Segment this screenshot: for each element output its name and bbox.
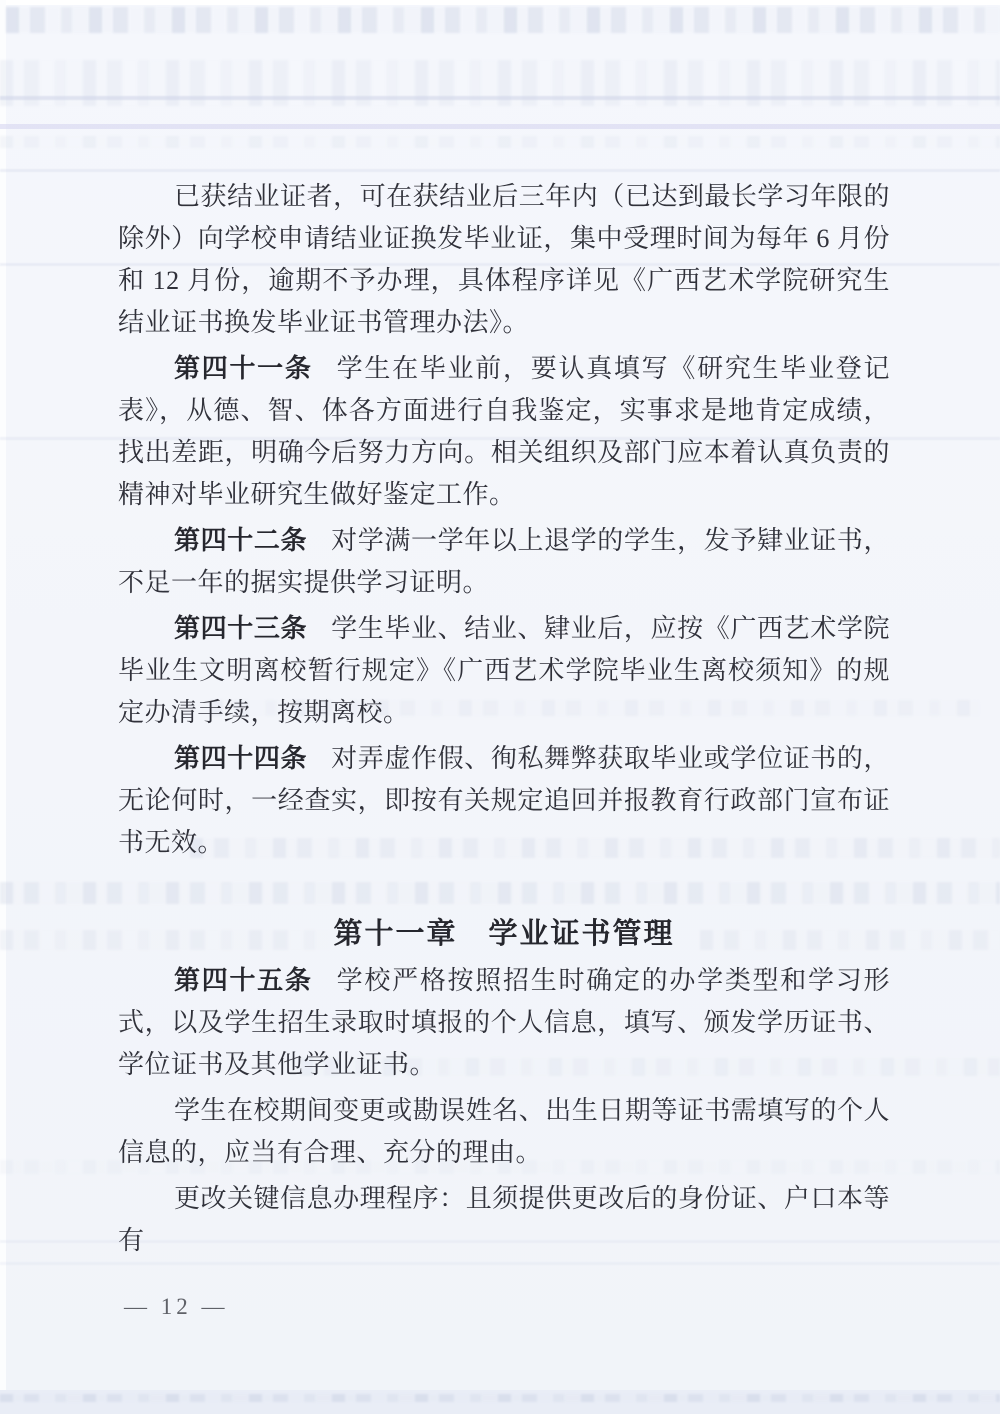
article-44-number: 第四十四条 <box>174 744 307 773</box>
document-body: 已获结业证者，可在获结业后三年内（已达到最长学习年限的除外）向学校申请结业证换发… <box>118 176 890 1266</box>
scan-artifact-streak <box>0 124 1000 129</box>
article-42-number: 第四十二条 <box>174 526 307 555</box>
para-article-44: 第四十四条对弄虚作假、徇私舞弊获取毕业或学位证书的，无论何时，一经查实，即按有关… <box>118 738 890 864</box>
para-article-45: 第四十五条学校严格按照招生时确定的办学类型和学习形式，以及学生招生录取时填报的个… <box>118 960 890 1086</box>
scan-artifact-band <box>0 136 1000 148</box>
para-article-43: 第四十三条学生毕业、结业、肄业后，应按《广西艺术学院毕业生文明离校暂行规定》《广… <box>118 608 890 734</box>
para-article-41: 第四十一条学生在毕业前，要认真填写《研究生毕业登记表》，从德、智、体各方面进行自… <box>118 348 890 516</box>
para-article-42: 第四十二条对学满一学年以上退学的学生，发予肄业证书，不足一年的据实提供学习证明。 <box>118 520 890 604</box>
scan-edge-top <box>0 0 1000 5</box>
para-text: 学生在校期间变更或勘误姓名、出生日期等证书需填写的个人信息的，应当有合理、充分的… <box>118 1096 890 1167</box>
para-text: 更改关键信息办理程序：且须提供更改后的身份证、户口本等有 <box>118 1184 890 1255</box>
scan-artifact-band <box>6 7 1000 33</box>
article-45-number: 第四十五条 <box>174 966 313 995</box>
article-43-number: 第四十三条 <box>174 614 307 643</box>
para-key-info-procedure: 更改关键信息办理程序：且须提供更改后的身份证、户口本等有 <box>118 1178 890 1262</box>
scan-artifact-streak <box>0 169 1000 172</box>
chapter-heading: 第十一章 学业证书管理 <box>118 910 890 958</box>
scanned-document-page: 已获结业证者，可在获结业后三年内（已达到最长学习年限的除外）向学校申请结业证换发… <box>0 0 1000 1414</box>
scan-artifact-band <box>0 1390 1000 1414</box>
scan-artifact-streak <box>0 96 1000 100</box>
scan-artifact-band <box>0 60 1000 106</box>
para-info-change: 学生在校期间变更或勘误姓名、出生日期等证书需填写的个人信息的，应当有合理、充分的… <box>118 1090 890 1174</box>
article-41-number: 第四十一条 <box>174 354 313 383</box>
scan-edge-left <box>0 0 6 1414</box>
para-cert-exchange: 已获结业证者，可在获结业后三年内（已达到最长学习年限的除外）向学校申请结业证换发… <box>118 176 890 344</box>
para-text: 已获结业证者，可在获结业后三年内（已达到最长学习年限的除外）向学校申请结业证换发… <box>118 182 890 337</box>
scan-artifact-band <box>0 1394 1000 1402</box>
page-number: — 12 — <box>124 1294 229 1320</box>
